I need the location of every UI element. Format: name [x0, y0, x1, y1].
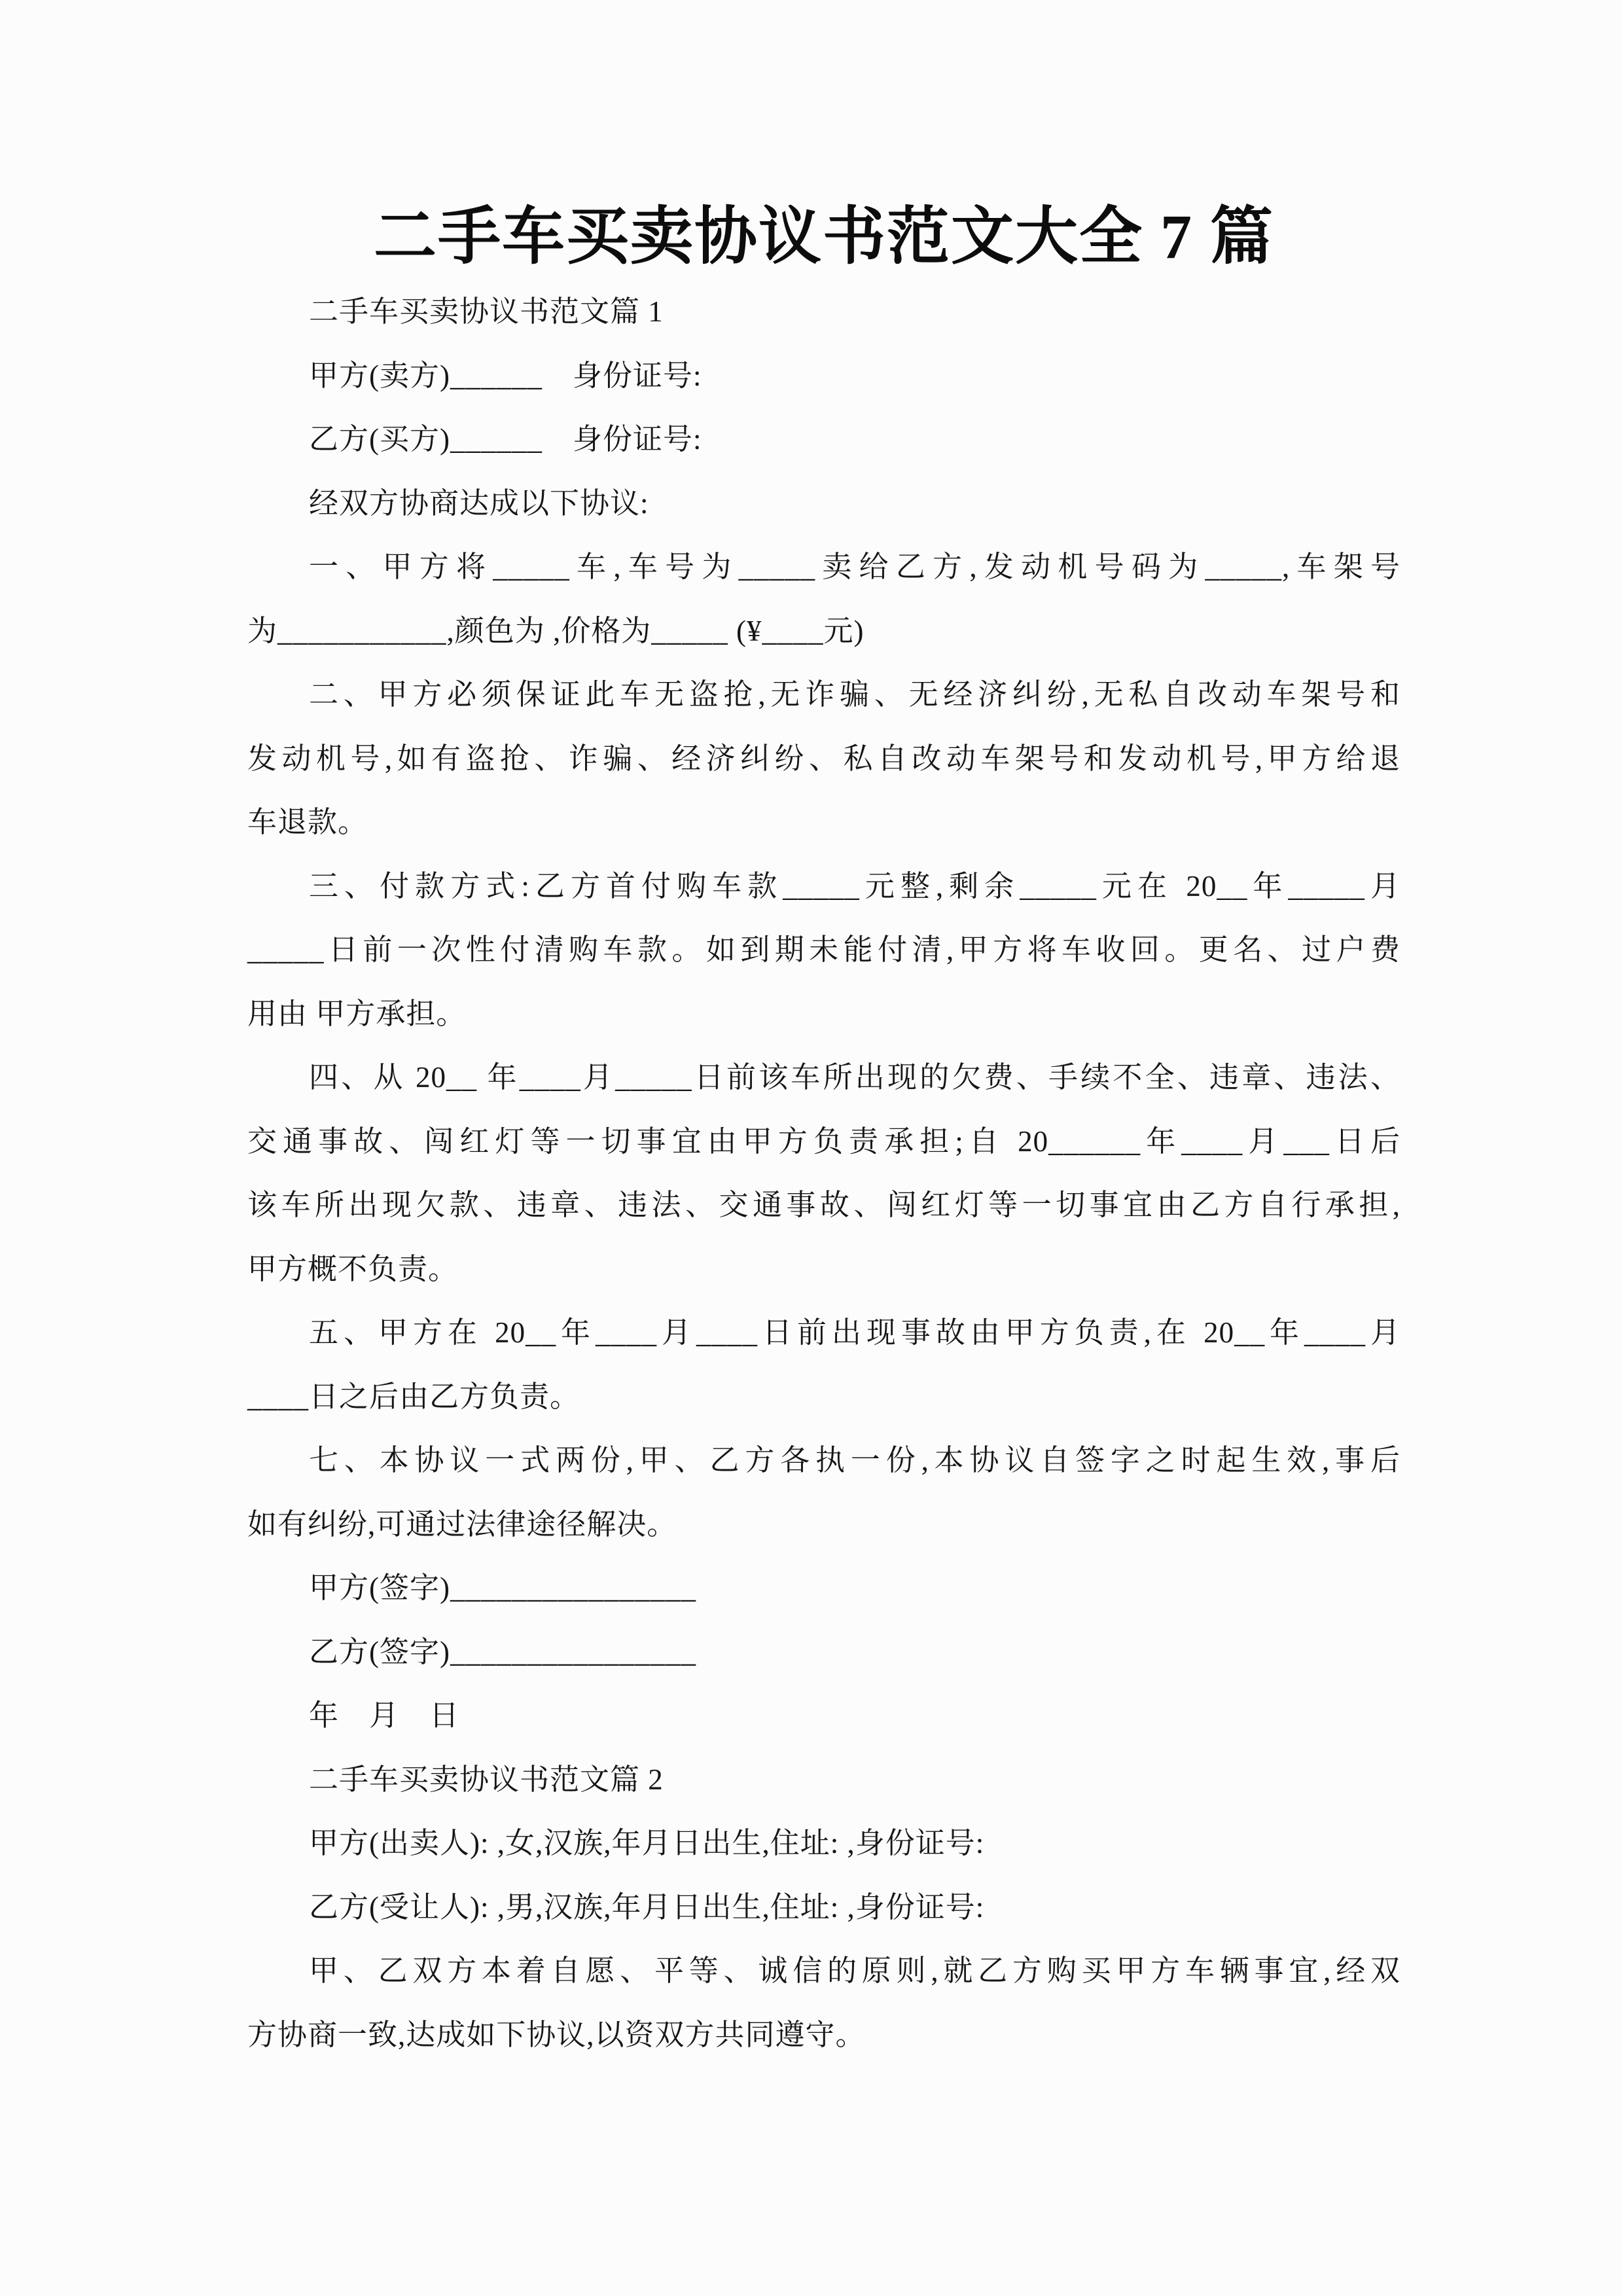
- document-line: _____日前一次性付清购车款。如到期未能付清,甲方将车收回。更名、过户费: [247, 918, 1400, 982]
- document-line: 甲方(出卖人): ,女,汉族,年月日出生,住址: ,身份证号:: [247, 1812, 1400, 1876]
- document-line: 二手车买卖协议书范文篇 1: [247, 280, 1400, 344]
- document-line: 甲、乙双方本着自愿、平等、诚信的原则,就乙方购买甲方车辆事宜,经双: [247, 1939, 1400, 2003]
- document-line: 乙方(买方)______ 身份证号:: [247, 408, 1400, 472]
- document-line: 甲方(签字)________________: [247, 1556, 1400, 1621]
- document-line: 乙方(受让人): ,男,汉族,年月日出生,住址: ,身份证号:: [247, 1876, 1400, 1940]
- document-line: 五、甲方在 20__年____月____日前出现事故由甲方负责,在 20__年_…: [247, 1301, 1400, 1365]
- document-line: 乙方(签字)________________: [247, 1621, 1400, 1685]
- document-title: 二手车买卖协议书范文大全 7 篇: [247, 194, 1400, 280]
- document-line: 四、从 20__ 年____月_____日前该车所出现的欠费、手续不全、违章、违…: [247, 1046, 1400, 1110]
- document-line: 发动机号,如有盗抢、诈骗、经济纠纷、私自改动车架号和发动机号,甲方给退: [247, 727, 1400, 791]
- document-line: 三、付款方式:乙方首付购车款_____元整,剩余_____元在 20__年___…: [247, 855, 1400, 919]
- document-line: 该车所出现欠款、违章、违法、交通事故、闯红灯等一切事宜由乙方自行承担,: [247, 1174, 1400, 1238]
- document-line: 甲方(卖方)______ 身份证号:: [247, 344, 1400, 408]
- document-line: 甲方概不负责。: [247, 1238, 1400, 1302]
- document-line: 经双方协商达成以下协议:: [247, 472, 1400, 536]
- document-body: 二手车买卖协议书范文篇 1甲方(卖方)______ 身份证号:乙方(买方)___…: [247, 280, 1400, 2067]
- document-line: ____日之后由乙方负责。: [247, 1365, 1400, 1429]
- document-line: 用由 甲方承担。: [247, 982, 1400, 1047]
- document-page: 二手车买卖协议书范文大全 7 篇 二手车买卖协议书范文篇 1甲方(卖方)____…: [0, 0, 1623, 2296]
- document-line: 年 月 日: [247, 1684, 1400, 1748]
- document-line: 二、甲方必须保证此车无盗抢,无诈骗、无经济纠纷,无私自改动车架号和: [247, 663, 1400, 727]
- document-line: 如有纠纷,可通过法律途径解决。: [247, 1493, 1400, 1557]
- document-line: 为___________,颜色为 ,价格为_____ (¥____元): [247, 600, 1400, 664]
- document-line: 一、甲方将_____车,车号为_____卖给乙方,发动机号码为_____,车架号: [247, 535, 1400, 600]
- document-line: 二手车买卖协议书范文篇 2: [247, 1748, 1400, 1812]
- document-line: 车退款。: [247, 791, 1400, 855]
- document-line: 交通事故、闯红灯等一切事宜由甲方负责承担;自 20______年____月___…: [247, 1110, 1400, 1174]
- document-line: 方协商一致,达成如下协议,以资双方共同遵守。: [247, 2003, 1400, 2068]
- document-line: 七、本协议一式两份,甲、乙方各执一份,本协议自签字之时起生效,事后: [247, 1429, 1400, 1493]
